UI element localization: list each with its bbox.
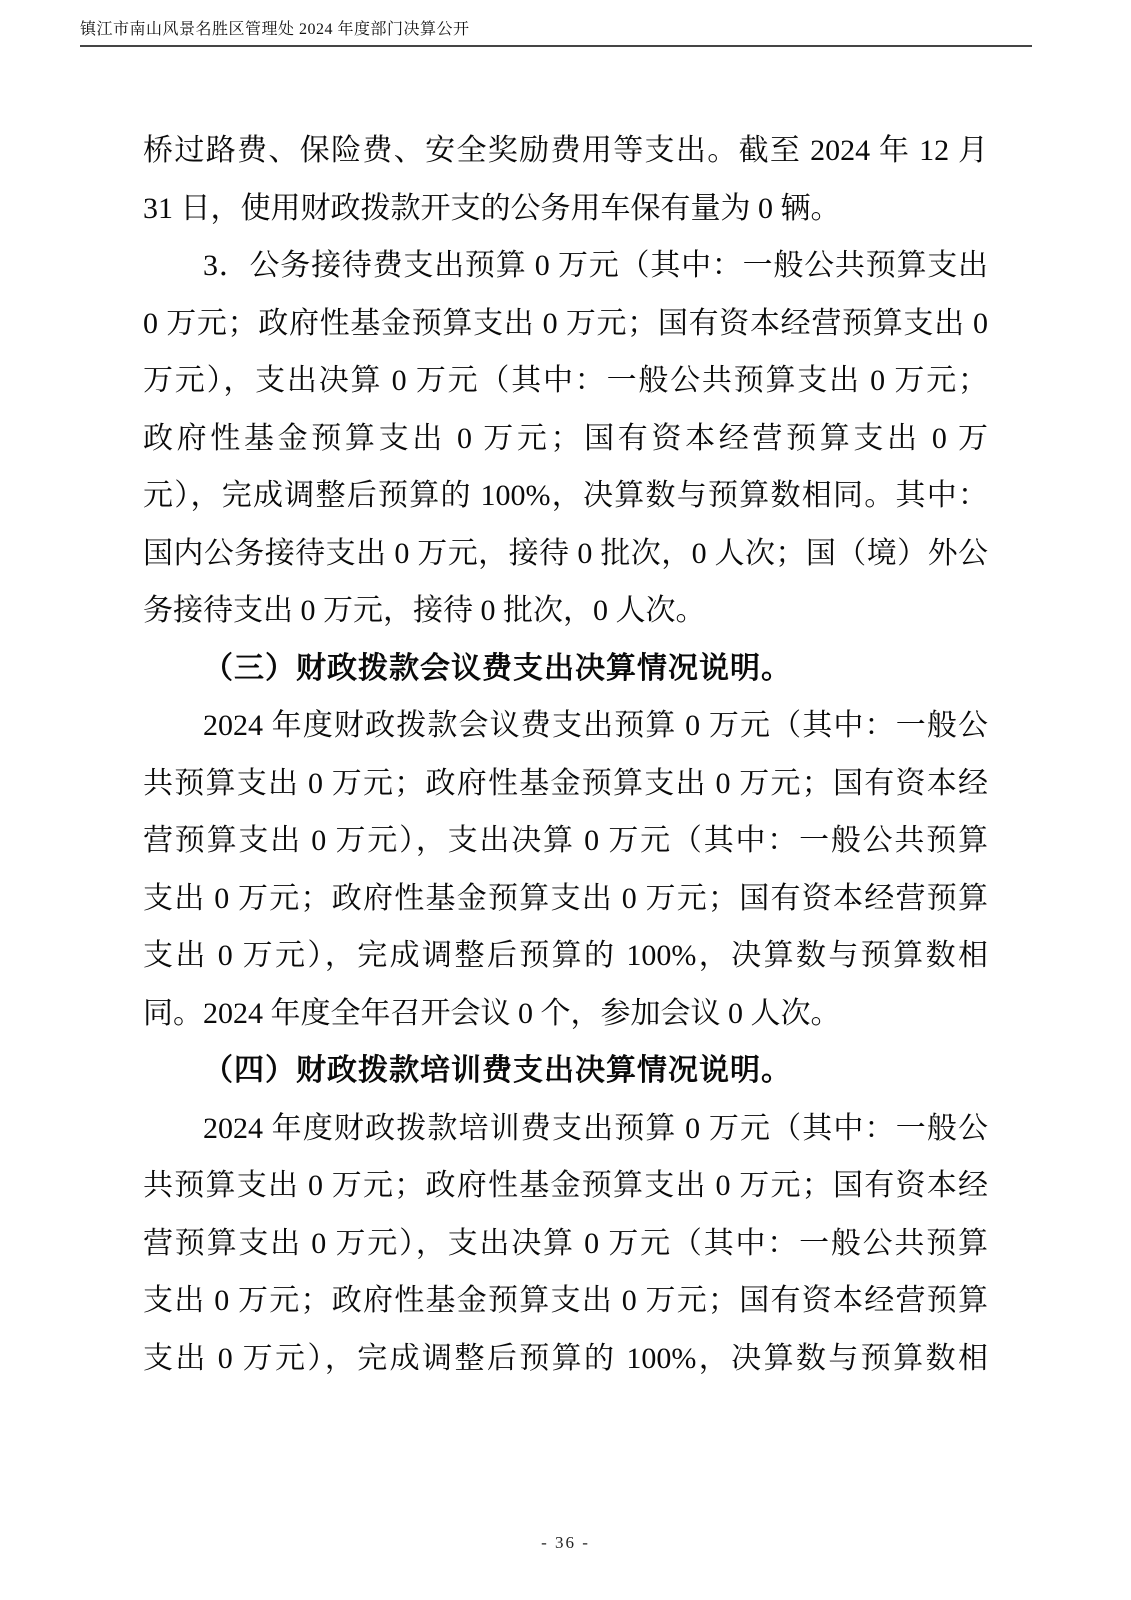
section-heading-meeting-expense: （三）财政拨款会议费支出决算情况说明。 <box>143 640 988 698</box>
paragraph-reception-expense: 3．公务接待费支出预算 0 万元（其中：一般公共预算支出 0 万元；政府性基金预… <box>143 237 988 640</box>
text-line: 营预算支出 0 万元），支出决算 0 万元（其中：一般公共预算 <box>143 812 988 870</box>
text-line: 3．公务接待费支出预算 0 万元（其中：一般公共预算支出 <box>143 237 988 295</box>
text-line: 政府性基金预算支出 0 万元；国有资本经营预算支出 0 万 <box>143 410 988 468</box>
text-line: 0 万元；政府性基金预算支出 0 万元；国有资本经营预算支出 0 <box>143 295 988 353</box>
text-line: 桥过路费、保险费、安全奖励费用等支出。截至 2024 年 12 月 <box>143 122 988 180</box>
document-body: 桥过路费、保险费、安全奖励费用等支出。截至 2024 年 12 月 31 日，使… <box>143 122 988 1387</box>
page-footer: - 36 - <box>0 1533 1131 1553</box>
text-line: 2024 年度财政拨款会议费支出预算 0 万元（其中：一般公 <box>143 697 988 755</box>
section-heading-training-expense: （四）财政拨款培训费支出决算情况说明。 <box>143 1042 988 1100</box>
text-line: 国内公务接待支出 0 万元，接待 0 批次，0 人次；国（境）外公 <box>143 525 988 583</box>
page-header: 镇江市南山风景名胜区管理处 2024 年度部门决算公开 <box>80 16 1032 47</box>
paragraph-vehicle-expense: 桥过路费、保险费、安全奖励费用等支出。截至 2024 年 12 月 31 日，使… <box>143 122 988 237</box>
text-line: 31 日，使用财政拨款开支的公务用车保有量为 0 辆。 <box>143 180 988 238</box>
text-line: 支出 0 万元），完成调整后预算的 100%，决算数与预算数相 <box>143 927 988 985</box>
paragraph-training-expense: 2024 年度财政拨款培训费支出预算 0 万元（其中：一般公 共预算支出 0 万… <box>143 1100 988 1388</box>
text-line: 2024 年度财政拨款培训费支出预算 0 万元（其中：一般公 <box>143 1100 988 1158</box>
text-line: 支出 0 万元；政府性基金预算支出 0 万元；国有资本经营预算 <box>143 1272 988 1330</box>
text-line: 元），完成调整后预算的 100%，决算数与预算数相同。其中： <box>143 467 988 525</box>
document-page: 镇江市南山风景名胜区管理处 2024 年度部门决算公开 桥过路费、保险费、安全奖… <box>0 0 1131 1600</box>
text-line: 营预算支出 0 万元），支出决算 0 万元（其中：一般公共预算 <box>143 1215 988 1273</box>
text-line: 万元），支出决算 0 万元（其中：一般公共预算支出 0 万元； <box>143 352 988 410</box>
text-line: 务接待支出 0 万元，接待 0 批次，0 人次。 <box>143 582 988 640</box>
text-line: 支出 0 万元；政府性基金预算支出 0 万元；国有资本经营预算 <box>143 870 988 928</box>
text-line: 支出 0 万元），完成调整后预算的 100%，决算数与预算数相 <box>143 1330 988 1388</box>
section-heading: （四）财政拨款培训费支出决算情况说明。 <box>143 1042 988 1100</box>
section-heading: （三）财政拨款会议费支出决算情况说明。 <box>143 640 988 698</box>
text-line: 共预算支出 0 万元；政府性基金预算支出 0 万元；国有资本经 <box>143 755 988 813</box>
text-line: 同。2024 年度全年召开会议 0 个，参加会议 0 人次。 <box>143 985 988 1043</box>
text-line: 共预算支出 0 万元；政府性基金预算支出 0 万元；国有资本经 <box>143 1157 988 1215</box>
paragraph-meeting-expense: 2024 年度财政拨款会议费支出预算 0 万元（其中：一般公 共预算支出 0 万… <box>143 697 988 1042</box>
page-number: - 36 - <box>541 1533 590 1552</box>
header-title: 镇江市南山风景名胜区管理处 2024 年度部门决算公开 <box>80 21 470 38</box>
